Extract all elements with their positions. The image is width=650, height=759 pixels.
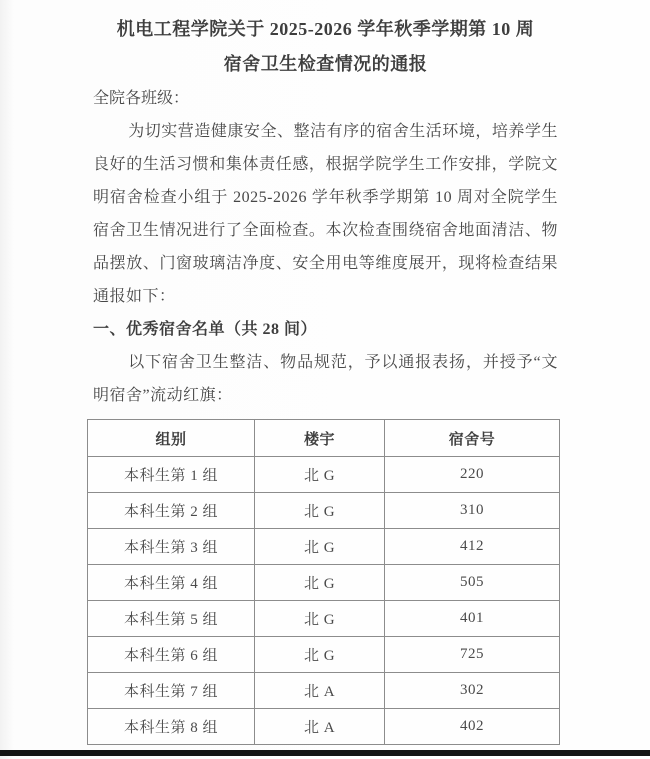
group-cell: 本科生第 8 组 <box>88 709 255 745</box>
group-column-header: 组别 <box>88 420 255 457</box>
table-row: 本科生第 7 组北 A302 <box>88 673 560 709</box>
table-row: 本科生第 4 组北 G505 <box>88 565 560 601</box>
scan-bottom-bar <box>0 750 650 756</box>
body-paragraph-1: 为切实营造健康安全、整洁有序的宿舍生活环境，培养学生良好的生活习惯和集体责任感，… <box>93 115 558 313</box>
room-column-header: 宿舍号 <box>385 420 560 457</box>
room-cell: 505 <box>385 565 560 601</box>
table-row: 本科生第 5 组北 G401 <box>88 601 560 637</box>
group-cell: 本科生第 4 组 <box>88 565 255 601</box>
building-column-header: 楼宇 <box>255 420 385 457</box>
building-cell: 北 G <box>255 601 385 637</box>
table-body: 本科生第 1 组北 G220本科生第 2 组北 G310本科生第 3 组北 G4… <box>88 457 560 745</box>
building-cell: 北 A <box>255 709 385 745</box>
building-cell: 北 G <box>255 493 385 529</box>
building-cell: 北 G <box>255 637 385 673</box>
group-cell: 本科生第 1 组 <box>88 457 255 493</box>
group-cell: 本科生第 6 组 <box>88 637 255 673</box>
group-cell: 本科生第 2 组 <box>88 493 255 529</box>
room-cell: 402 <box>385 709 560 745</box>
document-title-line2: 宿舍卫生检查情况的通报 <box>93 47 558 82</box>
building-cell: 北 G <box>255 457 385 493</box>
table-row: 本科生第 1 组北 G220 <box>88 457 560 493</box>
excellent-dorm-table: 组别 楼宇 宿舍号 本科生第 1 组北 G220本科生第 2 组北 G310本科… <box>87 419 560 745</box>
section-intro: 以下宿舍卫生整洁、物品规范，予以通报表扬，并授予“文明宿舍”流动红旗： <box>93 346 558 412</box>
room-cell: 725 <box>385 637 560 673</box>
group-cell: 本科生第 5 组 <box>88 601 255 637</box>
document-page: 机电工程学院关于 2025-2026 学年秋季学期第 10 周 宿舍卫生检查情况… <box>0 0 650 759</box>
table-row: 本科生第 6 组北 G725 <box>88 637 560 673</box>
table-row: 本科生第 3 组北 G412 <box>88 529 560 565</box>
table-row: 本科生第 8 组北 A402 <box>88 709 560 745</box>
group-cell: 本科生第 7 组 <box>88 673 255 709</box>
document-title-line1: 机电工程学院关于 2025-2026 学年秋季学期第 10 周 <box>93 12 558 47</box>
room-cell: 310 <box>385 493 560 529</box>
room-cell: 302 <box>385 673 560 709</box>
building-cell: 北 G <box>255 529 385 565</box>
group-cell: 本科生第 3 组 <box>88 529 255 565</box>
table-row: 本科生第 2 组北 G310 <box>88 493 560 529</box>
document-title: 机电工程学院关于 2025-2026 学年秋季学期第 10 周 宿舍卫生检查情况… <box>93 12 558 82</box>
room-cell: 412 <box>385 529 560 565</box>
room-cell: 220 <box>385 457 560 493</box>
salutation: 全院各班级： <box>93 82 558 115</box>
section-heading-excellent-dorms: 一、优秀宿舍名单（共 28 间） <box>93 313 558 346</box>
room-cell: 401 <box>385 601 560 637</box>
building-cell: 北 A <box>255 673 385 709</box>
building-cell: 北 G <box>255 565 385 601</box>
table-header-row: 组别 楼宇 宿舍号 <box>88 420 560 457</box>
